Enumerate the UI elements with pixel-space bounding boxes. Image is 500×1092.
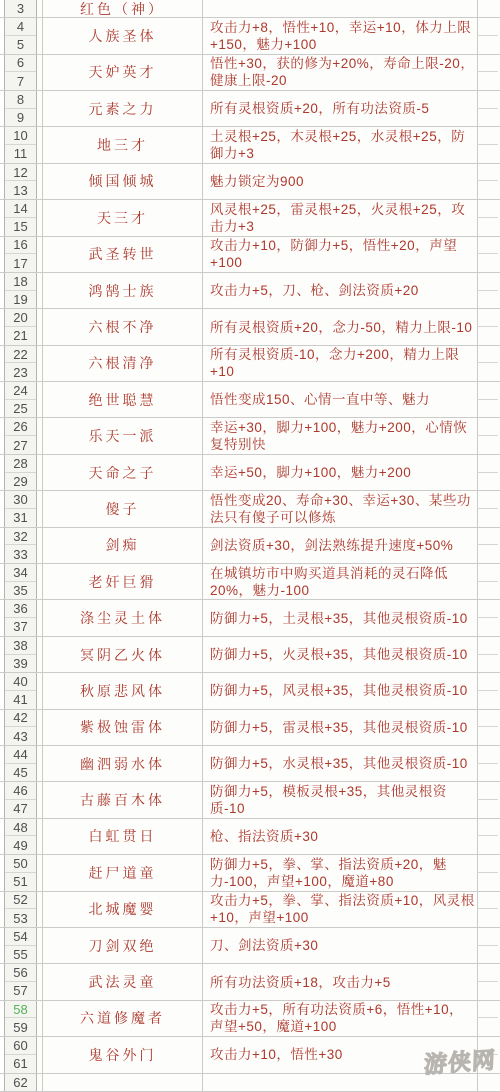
- empty-cell: [478, 545, 498, 563]
- table-row: 42 43 紫极蚀雷体 防御力+5，雷灵根+35，其他灵根资质-10: [0, 710, 500, 746]
- trait-name-cell[interactable]: 刀剑双绝: [43, 928, 203, 963]
- table-row: 52 53 北城魔婴 攻击力+5，拳、掌、指法资质+10，风灵根+10，声望+1…: [0, 892, 500, 928]
- empty-cell: [478, 982, 498, 1000]
- table-row: 28 29 天命之子 幸运+50，脚力+100，魅力+200: [0, 455, 500, 491]
- empty-cell: [478, 363, 498, 381]
- row-number: 36: [5, 600, 36, 618]
- row-header-pair[interactable]: 54 55: [4, 928, 37, 963]
- empty-tail-cell[interactable]: [478, 18, 498, 53]
- row-number: 58: [5, 1001, 36, 1019]
- row-header-pair[interactable]: 38 39: [4, 637, 37, 672]
- trait-effect-cell[interactable]: 所有灵根资质+20，念力-50，精力上限-10: [203, 309, 478, 344]
- empty-cell: [478, 273, 498, 291]
- row-number: 18: [5, 273, 36, 291]
- table-row: 50 51 赶尸道童 防御力+5，拳、掌、指法资质+20，魅力-100，声望+1…: [0, 855, 500, 891]
- row-header-pair[interactable]: 18 19: [4, 273, 37, 308]
- row-header-pair[interactable]: 30 31: [4, 491, 37, 526]
- trait-effect-cell[interactable]: 防御力+5，风灵根+35，其他灵根资质-10: [203, 673, 478, 708]
- table-row: 10 11 地三才 土灵根+25，木灵根+25，水灵根+25，防御力+3: [0, 127, 500, 163]
- row-header-pair[interactable]: 28 29: [4, 455, 37, 490]
- empty-tail-cell[interactable]: [478, 346, 498, 381]
- empty-cell: [478, 782, 498, 800]
- row-header-pair[interactable]: 48 49: [4, 819, 37, 854]
- row-header-pair[interactable]: 56 57: [4, 964, 37, 999]
- row-header-pair[interactable]: 50 51: [4, 855, 37, 890]
- table-row: 38 39 冥阴乙火体 防御力+5，火灵根+35，其他灵根资质-10: [0, 637, 500, 673]
- spreadsheet: 3 红色（神） 4 5 人族圣体 攻击力+8，悟性+10，幸运+10，体力上限+…: [0, 0, 500, 1092]
- row-number: 41: [5, 691, 36, 709]
- trait-name-cell[interactable]: 老奸巨猾: [43, 564, 203, 599]
- empty-tail-cell[interactable]: [478, 528, 498, 563]
- empty-cell: [478, 873, 498, 891]
- row-number: 57: [5, 982, 36, 1000]
- row-number: 39: [5, 655, 36, 673]
- empty-cell: [478, 710, 498, 728]
- trait-name-cell[interactable]: 幽泗弱水体: [43, 746, 203, 781]
- empty-tail-cell[interactable]: [478, 164, 498, 199]
- empty-cell: [478, 892, 498, 910]
- trait-name-cell[interactable]: 天命之子: [43, 455, 203, 490]
- table-row-title: 3 红色（神）: [0, 0, 500, 18]
- empty-cell: [478, 1037, 498, 1055]
- row-number: 23: [5, 363, 36, 381]
- row-header-pair[interactable]: 32 33: [4, 528, 37, 563]
- trait-effect-cell[interactable]: 幸运+50，脚力+100，魅力+200: [203, 455, 478, 490]
- empty-cell: [478, 800, 498, 818]
- empty-cell: [478, 91, 498, 109]
- empty-tail-cell[interactable]: [478, 782, 498, 817]
- trait-effect-cell[interactable]: 攻击力+5，拳、掌、指法资质+10，风灵根+10，声望+100: [203, 892, 478, 927]
- empty-cell: [478, 582, 498, 600]
- row-number: 10: [5, 127, 36, 145]
- empty-cell: [478, 145, 498, 163]
- table-row: 30 31 傻子 悟性变成20、寿命+30、幸运+30、某些功法只有傻子可以修炼: [0, 491, 500, 527]
- trait-name-cell[interactable]: 六道修魔者: [43, 1001, 203, 1036]
- trait-effect-cell[interactable]: 幸运+30，脚力+100，魅力+200，心情恢复特别快: [203, 418, 478, 453]
- row-number: 55: [5, 946, 36, 964]
- trait-name-cell[interactable]: 北城魔婴: [43, 892, 203, 927]
- empty-tail-cell[interactable]: [478, 237, 498, 272]
- row-number: 13: [5, 181, 36, 199]
- row-number: 46: [5, 782, 36, 800]
- trait-name-cell[interactable]: 涤尘灵土体: [43, 600, 203, 635]
- empty-cell: [478, 491, 498, 509]
- trait-effect-cell[interactable]: 攻击力+10，防御力+5，悟性+20，声望+100: [203, 237, 478, 272]
- empty-cell: [478, 18, 498, 36]
- empty-tail-cell[interactable]: [478, 964, 498, 999]
- row-number: 32: [5, 528, 36, 546]
- empty-name-cell[interactable]: [43, 1074, 203, 1091]
- trait-effect-cell[interactable]: 剑法资质+30，剑法熟练提升速度+50%: [203, 528, 478, 563]
- trait-name-cell[interactable]: 倾国倾城: [43, 164, 203, 199]
- row-number: 56: [5, 964, 36, 982]
- empty-cell: [478, 237, 498, 255]
- trait-effect-cell[interactable]: 防御力+5，模板灵根+35，其他灵根资质-10: [203, 782, 478, 817]
- row-number: 8: [5, 91, 36, 109]
- trait-effect-cell[interactable]: 所有功法资质+18，攻击力+5: [203, 964, 478, 999]
- empty-tail-cell[interactable]: [478, 928, 498, 963]
- row-number: 22: [5, 346, 36, 364]
- trait-effect-cell[interactable]: 防御力+5，拳、掌、指法资质+20，魅力-100，声望+100，魔道+80: [203, 855, 478, 890]
- trait-name-cell[interactable]: 鸿鹄士族: [43, 273, 203, 308]
- empty-cell: [478, 1018, 498, 1036]
- empty-cell: [478, 1055, 498, 1073]
- empty-tail-cell[interactable]: [478, 1037, 498, 1072]
- row-number: 43: [5, 727, 36, 745]
- trait-effect-cell[interactable]: 攻击力+10，悟性+30: [203, 1037, 478, 1072]
- empty-tail-cell[interactable]: [478, 855, 498, 890]
- empty-cell: [478, 946, 498, 964]
- empty-cell: [478, 746, 498, 764]
- empty-cell: [478, 181, 498, 199]
- empty-tail-cell[interactable]: [478, 637, 498, 672]
- trait-effect-cell[interactable]: 攻击力+5，所有功法资质+6，悟性+10，声望+50，魔道+100: [203, 1001, 478, 1036]
- empty-effect-cell[interactable]: [203, 0, 478, 17]
- empty-tail-cell[interactable]: [478, 273, 498, 308]
- empty-cell: [478, 382, 498, 400]
- trait-name-cell[interactable]: 傻子: [43, 491, 203, 526]
- row-number: 40: [5, 673, 36, 691]
- empty-tail-cell[interactable]: [478, 200, 498, 235]
- row-number: 24: [5, 382, 36, 400]
- table-row: 34 35 老奸巨猾 在城镇坊市中购买道具消耗的灵石降低20%，魅力-100: [0, 564, 500, 600]
- empty-cell: [478, 164, 498, 182]
- trait-name-cell[interactable]: 绝世聪慧: [43, 382, 203, 417]
- row-number: 53: [5, 909, 36, 927]
- empty-tail-cell[interactable]: [478, 673, 498, 708]
- empty-cell: [478, 618, 498, 636]
- row-number: 33: [5, 545, 36, 563]
- table-row: 40 41 秋原悲风体 防御力+5，风灵根+35，其他灵根资质-10: [0, 673, 500, 709]
- row-header-pair[interactable]: 44 45: [4, 746, 37, 781]
- empty-cell: [478, 655, 498, 673]
- empty-cell: [478, 109, 498, 127]
- row-number: 21: [5, 327, 36, 345]
- section-title-cell[interactable]: 红色（神）: [43, 0, 203, 17]
- trait-effect-cell[interactable]: 攻击力+8，悟性+10，幸运+10，体力上限+150，魅力+100: [203, 18, 478, 53]
- empty-cell: [478, 254, 498, 272]
- trait-name-cell[interactable]: 六根清净: [43, 346, 203, 381]
- row-number: 3: [5, 0, 36, 17]
- row-number: 12: [5, 164, 36, 182]
- trait-name-cell[interactable]: 古藤百木体: [43, 782, 203, 817]
- table-row: 36 37 涤尘灵土体 防御力+5，土灵根+35，其他灵根资质-10: [0, 600, 500, 636]
- empty-cell: [478, 291, 498, 309]
- table-row: 20 21 六根不净 所有灵根资质+20，念力-50，精力上限-10: [0, 309, 500, 345]
- table-row: 58 59 六道修魔者 攻击力+5，所有功法资质+6，悟性+10，声望+50，魔…: [0, 1001, 500, 1037]
- trait-name-cell[interactable]: 赶尸道童: [43, 855, 203, 890]
- trait-effect-cell[interactable]: 悟性变成150、心情一直中等、魅力: [203, 382, 478, 417]
- table-row: 6 7 天妒英才 悟性+30，获的修为+20%，寿命上限-20，健康上限-20: [0, 55, 500, 91]
- trait-name-cell[interactable]: 紫极蚀雷体: [43, 710, 203, 745]
- row-number: 51: [5, 873, 36, 891]
- row-number: 45: [5, 764, 36, 782]
- row-number: 15: [5, 218, 36, 236]
- row-header-pair[interactable]: 22 23: [4, 346, 37, 381]
- empty-effect-cell[interactable]: [203, 1074, 478, 1091]
- table-row: 12 13 倾国倾城 魅力锁定为900: [0, 164, 500, 200]
- trait-effect-cell[interactable]: 防御力+5，土灵根+35，其他灵根资质-10: [203, 600, 478, 635]
- empty-cell: [478, 819, 498, 837]
- empty-cell: [478, 509, 498, 527]
- empty-cell: [478, 309, 498, 327]
- empty-cell: [478, 346, 498, 364]
- trait-name-cell[interactable]: 天三才: [43, 200, 203, 235]
- trait-effect-cell[interactable]: 防御力+5，水灵根+35，其他灵根资质-10: [203, 746, 478, 781]
- row-number: 17: [5, 254, 36, 272]
- empty-tail-cell[interactable]: [478, 0, 498, 17]
- empty-cell: [478, 836, 498, 854]
- empty-tail-cell[interactable]: [478, 892, 498, 927]
- table-row: 8 9 元素之力 所有灵根资质+20，所有功法资质-5: [0, 91, 500, 127]
- table-row: 22 23 六根清净 所有灵根资质-10，念力+200，精力上限+10: [0, 346, 500, 382]
- empty-cell: [478, 127, 498, 145]
- trait-effect-cell[interactable]: 刀、剑法资质+30: [203, 928, 478, 963]
- empty-tail-cell[interactable]: [478, 309, 498, 344]
- row-number: 30: [5, 491, 36, 509]
- row-header-pair[interactable]: 42 43: [4, 710, 37, 745]
- empty-tail-cell[interactable]: [478, 418, 498, 453]
- table-row-empty: 62: [0, 1074, 500, 1092]
- trait-name-cell[interactable]: 天妒英才: [43, 55, 203, 90]
- trait-name-cell[interactable]: 地三才: [43, 127, 203, 162]
- empty-cell: [478, 72, 498, 90]
- empty-cell: [478, 455, 498, 473]
- empty-cell: [478, 600, 498, 618]
- row-number: 34: [5, 564, 36, 582]
- row-number: 59: [5, 1018, 36, 1036]
- table-row: 26 27 乐天一派 幸运+30，脚力+100，魅力+200，心情恢复特别快: [0, 418, 500, 454]
- empty-tail-cell[interactable]: [478, 746, 498, 781]
- empty-cell: [478, 727, 498, 745]
- row-header-pair[interactable]: 36 37: [4, 600, 37, 635]
- row-number: 19: [5, 291, 36, 309]
- empty-cell: [478, 637, 498, 655]
- row-header-pair[interactable]: 6 7: [4, 55, 37, 90]
- row-number: 35: [5, 582, 36, 600]
- empty-cell: [478, 964, 498, 982]
- trait-effect-cell[interactable]: 所有灵根资质+20，所有功法资质-5: [203, 91, 478, 126]
- table-row: 18 19 鸿鹄士族 攻击力+5，刀、枪、剑法资质+20: [0, 273, 500, 309]
- section-title: 红色（神）: [80, 0, 165, 19]
- table-row: 16 17 武圣转世 攻击力+10，防御力+5，悟性+20，声望+100: [0, 237, 500, 273]
- empty-cell: [478, 528, 498, 546]
- row-number: 47: [5, 800, 36, 818]
- empty-cell: [478, 909, 498, 927]
- trait-effect-cell[interactable]: 攻击力+5，刀、枪、剑法资质+20: [203, 273, 478, 308]
- empty-cell: [478, 1001, 498, 1019]
- row-number: 9: [5, 109, 36, 127]
- empty-cell: [478, 418, 498, 436]
- row-number: 4: [5, 18, 36, 36]
- row-number: 48: [5, 819, 36, 837]
- row-number: 49: [5, 836, 36, 854]
- table-row: 48 49 白虹贯日 枪、指法资质+30: [0, 819, 500, 855]
- row-number: 26: [5, 418, 36, 436]
- trait-name-cell[interactable]: 武法灵童: [43, 964, 203, 999]
- row-number: 52: [5, 892, 36, 910]
- row-number: 50: [5, 855, 36, 873]
- trait-effect-cell[interactable]: 魅力锁定为900: [203, 164, 478, 199]
- row-number: 61: [5, 1055, 36, 1073]
- empty-tail-cell[interactable]: [478, 1074, 498, 1091]
- row-number: 27: [5, 436, 36, 454]
- row-header-pair[interactable]: 26 27: [4, 418, 37, 453]
- row-number: 38: [5, 637, 36, 655]
- row-header-pair[interactable]: 52 53: [4, 892, 37, 927]
- row-header-pair[interactable]: 40 41: [4, 673, 37, 708]
- empty-tail-cell[interactable]: [478, 382, 498, 417]
- empty-cell: [478, 436, 498, 454]
- entries: 4 5 人族圣体 攻击力+8，悟性+10，幸运+10，体力上限+150，魅力+1…: [0, 18, 500, 1073]
- row-number: 5: [5, 36, 36, 54]
- trait-effect-cell[interactable]: 土灵根+25，木灵根+25，水灵根+25，防御力+3: [203, 127, 478, 162]
- table-row: 54 55 刀剑双绝 刀、剑法资质+30: [0, 928, 500, 964]
- table-row: 56 57 武法灵童 所有功法资质+18，攻击力+5: [0, 964, 500, 1000]
- empty-cell: [478, 928, 498, 946]
- trait-name-cell[interactable]: 秋原悲风体: [43, 673, 203, 708]
- row-number: 60: [5, 1037, 36, 1055]
- trait-name-cell[interactable]: 乐天一派: [43, 418, 203, 453]
- row-number: 20: [5, 309, 36, 327]
- row-header-pair[interactable]: 46 47: [4, 782, 37, 817]
- empty-cell: [478, 55, 498, 73]
- empty-cell: [478, 200, 498, 218]
- spreadsheet-grid: 3 红色（神） 4 5 人族圣体 攻击力+8，悟性+10，幸运+10，体力上限+…: [0, 0, 500, 1092]
- empty-cell: [478, 855, 498, 873]
- row-number: 37: [5, 618, 36, 636]
- empty-tail-cell[interactable]: [478, 91, 498, 126]
- empty-cell: [478, 218, 498, 236]
- empty-cell: [478, 327, 498, 345]
- row-number: 28: [5, 455, 36, 473]
- row-header-pair[interactable]: 34 35: [4, 564, 37, 599]
- row-number: 16: [5, 237, 36, 255]
- row-header-pair[interactable]: 24 25: [4, 382, 37, 417]
- row-number: 62: [5, 1074, 36, 1091]
- empty-cell: [478, 673, 498, 691]
- row-header-pair[interactable]: 20 21: [4, 309, 37, 344]
- trait-name-cell[interactable]: 鬼谷外门: [43, 1037, 203, 1072]
- trait-effect-cell[interactable]: 所有灵根资质-10，念力+200，精力上限+10: [203, 346, 478, 381]
- empty-cell: [478, 36, 498, 54]
- trait-effect-cell[interactable]: 风灵根+25，雷灵根+25，火灵根+25，攻击力+3: [203, 200, 478, 235]
- row-header-pair[interactable]: 58 59: [4, 1001, 37, 1036]
- row-header-3[interactable]: 3: [4, 0, 37, 17]
- table-row: 44 45 幽泗弱水体 防御力+5，水灵根+35，其他灵根资质-10: [0, 746, 500, 782]
- trait-name-cell[interactable]: 元素之力: [43, 91, 203, 126]
- trait-name-cell[interactable]: 白虹贯日: [43, 819, 203, 854]
- row-number: 6: [5, 55, 36, 73]
- empty-cell: [478, 473, 498, 491]
- empty-tail-cell[interactable]: [478, 710, 498, 745]
- row-header-pair[interactable]: 4 5: [4, 18, 37, 53]
- table-row: 4 5 人族圣体 攻击力+8，悟性+10，幸运+10，体力上限+150，魅力+1…: [0, 18, 500, 54]
- row-header-pair[interactable]: 10 11: [4, 127, 37, 162]
- trait-effect-cell[interactable]: 悟性变成20、寿命+30、幸运+30、某些功法只有傻子可以修炼: [203, 491, 478, 526]
- row-header-pair[interactable]: 14 15: [4, 200, 37, 235]
- empty-cell: [478, 564, 498, 582]
- row-number: 11: [5, 145, 36, 163]
- empty-cell: [478, 691, 498, 709]
- trait-effect-cell[interactable]: 防御力+5，火灵根+35，其他灵根资质-10: [203, 637, 478, 672]
- trait-name-cell[interactable]: 剑痴: [43, 528, 203, 563]
- trait-name-cell[interactable]: 冥阴乙火体: [43, 637, 203, 672]
- empty-tail-cell[interactable]: [478, 1001, 498, 1036]
- row-number: 14: [5, 200, 36, 218]
- empty-tail-cell[interactable]: [478, 491, 498, 526]
- empty-cell: [478, 400, 498, 418]
- empty-tail-cell[interactable]: [478, 819, 498, 854]
- empty-tail-cell[interactable]: [478, 600, 498, 635]
- row-number: 42: [5, 710, 36, 728]
- table-row: 32 33 剑痴 剑法资质+30，剑法熟练提升速度+50%: [0, 528, 500, 564]
- trait-effect-cell[interactable]: 防御力+5，雷灵根+35，其他灵根资质-10: [203, 710, 478, 745]
- row-header-pair[interactable]: 16 17: [4, 237, 37, 272]
- row-header-pair[interactable]: 60 61: [4, 1037, 37, 1072]
- row-number: 25: [5, 400, 36, 418]
- table-row: 46 47 古藤百木体 防御力+5，模板灵根+35，其他灵根资质-10: [0, 782, 500, 818]
- trait-name-cell[interactable]: 武圣转世: [43, 237, 203, 272]
- empty-tail-cell[interactable]: [478, 127, 498, 162]
- row-number: 54: [5, 928, 36, 946]
- row-number: 31: [5, 509, 36, 527]
- empty-cell: [478, 764, 498, 782]
- row-number: 7: [5, 72, 36, 90]
- empty-tail-cell[interactable]: [478, 564, 498, 599]
- trait-name-cell[interactable]: 人族圣体: [43, 18, 203, 53]
- trait-effect-cell[interactable]: 枪、指法资质+30: [203, 819, 478, 854]
- row-header-pair[interactable]: 8 9: [4, 91, 37, 126]
- table-row: 60 61 鬼谷外门 攻击力+10，悟性+30: [0, 1037, 500, 1073]
- row-number: 44: [5, 746, 36, 764]
- table-row: 24 25 绝世聪慧 悟性变成150、心情一直中等、魅力: [0, 382, 500, 418]
- trait-name-cell[interactable]: 六根不净: [43, 309, 203, 344]
- row-header-62[interactable]: 62: [4, 1074, 37, 1091]
- trait-effect-cell[interactable]: 悟性+30，获的修为+20%，寿命上限-20，健康上限-20: [203, 55, 478, 90]
- trait-effect-cell[interactable]: 在城镇坊市中购买道具消耗的灵石降低20%，魅力-100: [203, 564, 478, 599]
- empty-tail-cell[interactable]: [478, 455, 498, 490]
- row-header-pair[interactable]: 12 13: [4, 164, 37, 199]
- table-row: 14 15 天三才 风灵根+25，雷灵根+25，火灵根+25，攻击力+3: [0, 200, 500, 236]
- empty-tail-cell[interactable]: [478, 55, 498, 90]
- row-number: 29: [5, 473, 36, 491]
